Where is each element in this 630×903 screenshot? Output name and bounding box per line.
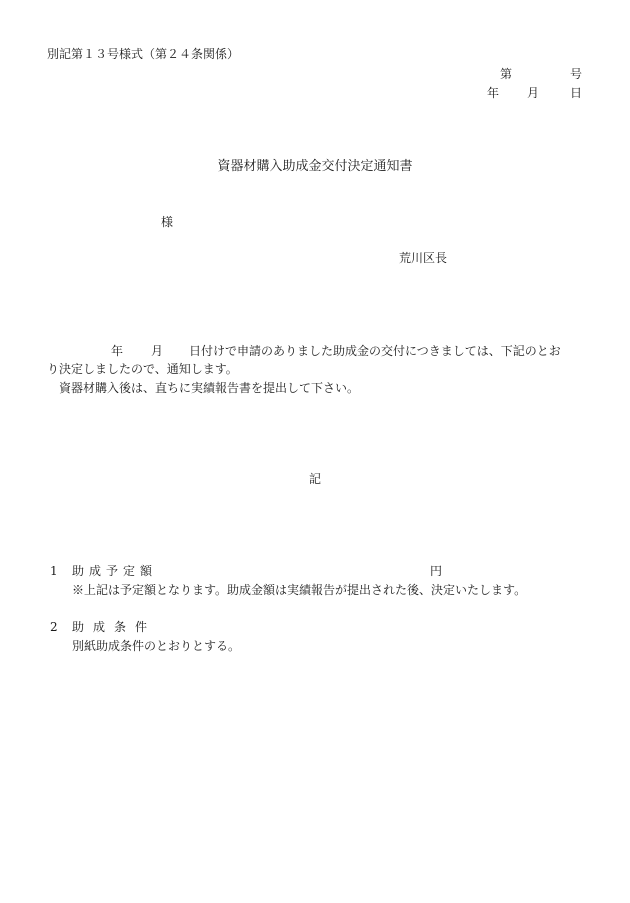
item-2-text: 別紙助成条件のとおりとする。 xyxy=(72,640,240,652)
item-2-label: 助成条件 xyxy=(72,621,156,633)
addressee-honorific: 様 xyxy=(161,216,173,228)
number-prefix: 第 xyxy=(500,68,512,80)
body-paragraph-line-2: り決定しましたので、通知します。 xyxy=(47,363,238,375)
body-date-year: 年 xyxy=(111,344,123,358)
body-line1-text: 日付けで申請のありました助成金の交付につきましては、下記のとお xyxy=(189,344,561,358)
body-paragraph-line-1: 年月日付けで申請のありました助成金の交付につきましては、下記のとお xyxy=(47,345,561,357)
issuer-name: 荒川区長 xyxy=(399,252,447,264)
date-year-label: 年 xyxy=(487,87,499,99)
document-title: 資器材購入助成金交付決定通知書 xyxy=(0,160,630,173)
body-paragraph-line-3: 資器材購入後は、直ちに実績報告書を提出して下さい。 xyxy=(59,382,359,394)
item-2-number: 2 xyxy=(50,621,58,633)
ki-heading: 記 xyxy=(0,473,630,485)
item-1-unit: 円 xyxy=(430,565,442,577)
date-day-label: 日 xyxy=(570,87,582,99)
form-identifier: 別記第１３号様式（第２４条関係） xyxy=(47,48,239,60)
date-month-label: 月 xyxy=(527,87,539,99)
body-date-month: 月 xyxy=(151,344,163,358)
number-suffix: 号 xyxy=(570,68,582,80)
item-1-note: ※上記は予定額となります。助成金額は実績報告が提出された後、決定いたします。 xyxy=(72,584,526,596)
item-1-label: 助成予定額 xyxy=(72,565,157,577)
item-1-number: 1 xyxy=(50,565,58,577)
